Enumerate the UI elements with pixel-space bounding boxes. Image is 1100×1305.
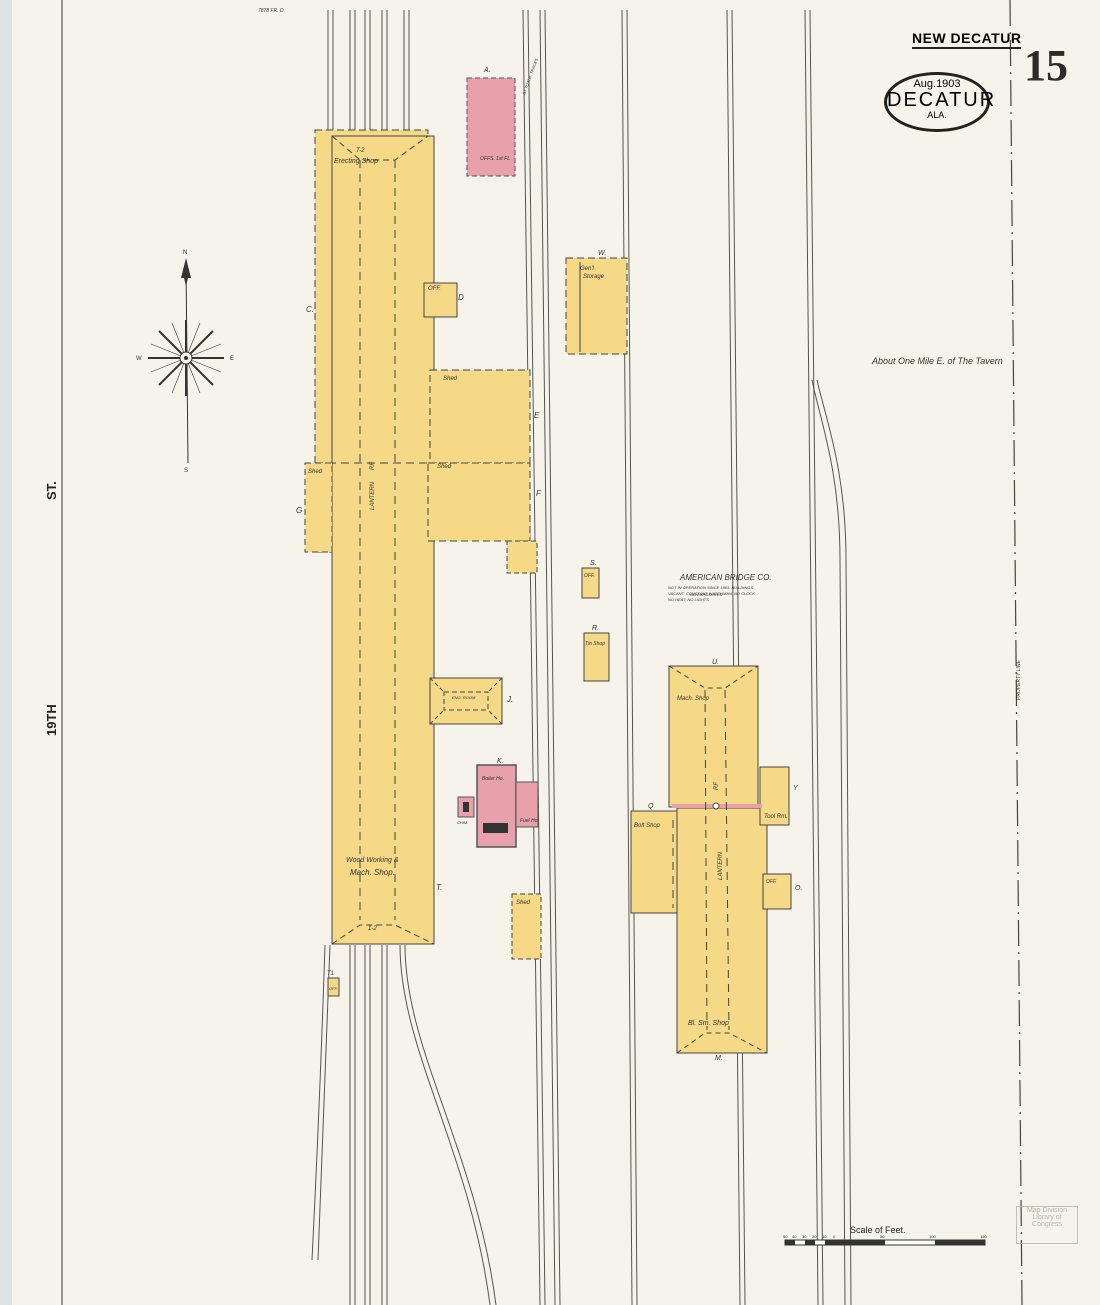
label-letter-r: R. (592, 625, 599, 632)
library-stamp: Map Division Library of Congress (1016, 1206, 1078, 1244)
label-off-d: OFF. (428, 286, 441, 292)
label-mach-shop-east: Mach. Shop (677, 696, 710, 702)
label-mach-shop-west: Mach. Shop. (350, 868, 395, 877)
svg-text:S: S (184, 468, 188, 474)
scale-tick: 50 (880, 1234, 885, 1239)
scale-tick: 20 (812, 1234, 817, 1239)
label-blacksmith-shop: Bl. Sm. Shop (688, 1020, 729, 1027)
label-eng-room: ENG. ROOM (452, 695, 476, 700)
label-letter-w: W. (598, 250, 606, 257)
label-wood-working: Wood Working & (346, 857, 399, 864)
seal-city: DECATUR (887, 90, 987, 110)
label-shed-g: Shed (308, 469, 323, 475)
building-engine-room (430, 678, 502, 724)
label-tin-shop: Tin Shop (585, 641, 605, 647)
label-company: AMERICAN BRIDGE CO. (679, 573, 772, 582)
label-tool-room: Tool Rm. (764, 814, 788, 820)
city-seal: Aug.1903 DECATUR ALA. (884, 72, 990, 132)
label-letter-u: U. (712, 659, 719, 666)
seal-state: ALA. (887, 110, 987, 120)
sheet-number: 15 (1024, 40, 1068, 91)
building-mach-shop (631, 666, 791, 1053)
label-storage-1: Gen'l (580, 266, 594, 272)
rail-tracks-center (523, 10, 851, 1305)
label-stories: 1-2 (368, 926, 377, 932)
label-letter-f: F (536, 489, 542, 498)
stamp-line-2: Library of Congress (1017, 1214, 1077, 1228)
scale-tick: 150 (980, 1234, 987, 1239)
scale-tick: 0 (833, 1234, 836, 1239)
label-letter-e: E (534, 411, 540, 420)
label-off-s: OFF. (584, 573, 595, 579)
label-letter-g: G (296, 506, 302, 515)
compass-rose-icon: N S E W (136, 250, 234, 474)
scale-tick: 30 (802, 1234, 807, 1239)
label-brick-office: OFFS. 1st FL (480, 156, 510, 162)
scale-bar: Scale of Feet. 50 40 30 20 10 0 50 100 1… (783, 1225, 987, 1245)
label-company-note-3: NO HEAT, NO LIGHTS (668, 597, 709, 602)
district-title: NEW DECATUR (912, 30, 1021, 49)
scale-title: Scale of Feet. (850, 1225, 906, 1235)
building-storage (566, 258, 627, 354)
label-boiler-house: Boiler Ho. (482, 776, 504, 782)
label-chimney: CHIM. (457, 820, 468, 825)
label-letter-y: Y (793, 785, 799, 792)
label-fuel-house: Fuel Ho. (520, 818, 539, 824)
label-rf-east: RF (714, 782, 720, 790)
label-lantern-east: LANTERN (718, 851, 724, 880)
label-letter-s: S. (590, 560, 597, 567)
label-property-line: PROPERTY LINE (1016, 660, 1022, 700)
label-shed-f: Shed (437, 464, 452, 470)
label-location-note: About One Mile E. of The Tavern (871, 356, 1003, 366)
label-company-note-1: NOT IN OPERATION SINCE 1901. BUILDINGS (668, 585, 753, 590)
label-letter-c: C. (306, 305, 314, 314)
svg-text:E: E (230, 356, 234, 362)
label-off-t: OFF. (329, 986, 338, 991)
label-shed-e: Shed (443, 376, 458, 382)
scale-tick: 10 (822, 1234, 827, 1239)
label-letter-t: T. (436, 883, 442, 892)
property-line (1010, 0, 1022, 1305)
label-stories: T-2 (356, 148, 365, 154)
label-erecting-shop: Erecting Shop (334, 158, 378, 165)
street-label-st: ST. (44, 481, 59, 500)
label-corner-note: 7878 FR. D. (258, 8, 285, 14)
label-letter-a: A. (483, 67, 491, 74)
label-lantern-west: LANTERN (370, 481, 376, 510)
scale-tick: 50 (783, 1234, 788, 1239)
stamp-line-1: Map Division (1017, 1207, 1077, 1214)
label-exposures: NO EXPOSURES (690, 592, 722, 597)
label-letter-t1: T1 (327, 971, 334, 977)
label-letter-k: K. (497, 758, 504, 765)
label-letter-o: O. (795, 885, 802, 892)
label-letter-j: J. (506, 695, 513, 704)
label-rf-west: RF (370, 462, 376, 470)
label-letter-q: Q (648, 803, 654, 810)
label-letter-d: D (458, 293, 464, 302)
map-drawing: N S E W Erecting Shop T-2 C. Wood Workin… (0, 0, 1100, 1305)
label-bolt-shop: Bolt Shop (634, 823, 661, 829)
label-shed-south: Shed (516, 900, 531, 906)
svg-text:N: N (183, 250, 187, 256)
street-label-19th: 19TH (44, 704, 59, 736)
label-storage-2: Storage (583, 274, 605, 280)
scale-tick: 40 (792, 1234, 797, 1239)
scale-tick: 100 (929, 1234, 936, 1239)
label-off-o: OFF. (766, 879, 777, 885)
label-letter-m: M. (715, 1055, 723, 1062)
svg-text:W: W (136, 356, 142, 362)
